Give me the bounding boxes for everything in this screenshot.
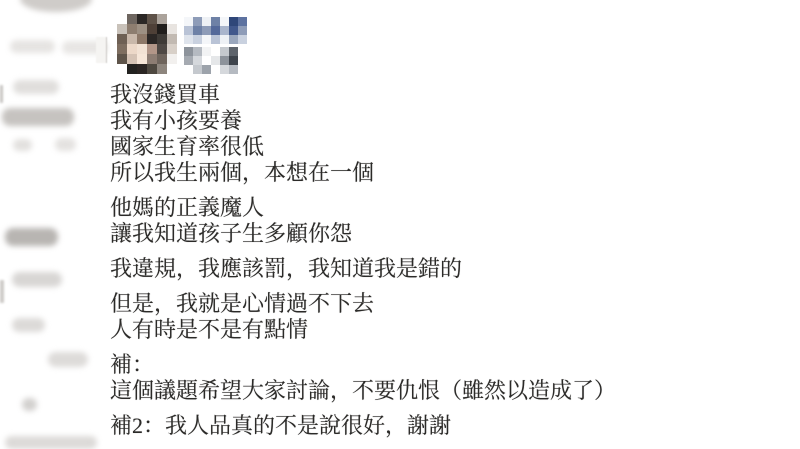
censor-pixel xyxy=(229,17,238,26)
post-text-line: 人有時是不是有點情 xyxy=(110,317,750,343)
censor-pixel xyxy=(127,34,137,44)
post-paragraph: 我違規，我應該罰，我知道我是錯的 xyxy=(110,256,750,282)
censor-pixel xyxy=(238,26,247,35)
censor-pixel xyxy=(229,35,238,44)
page-edge-artifact xyxy=(96,37,107,63)
post-paragraph: 補2：我人品真的不是說很好，謝謝 xyxy=(110,413,750,439)
blurred-artifact xyxy=(48,352,88,367)
post-text-line: 補2：我人品真的不是說很好，謝謝 xyxy=(110,413,750,439)
censor-pixel xyxy=(157,64,167,74)
censor-pixel xyxy=(117,54,127,64)
censor-pixel xyxy=(117,44,127,54)
censored-timestamp xyxy=(184,47,238,74)
censor-pixel xyxy=(147,54,157,64)
censor-pixel xyxy=(167,24,177,34)
blurred-artifact xyxy=(5,228,58,246)
censor-pixel xyxy=(127,24,137,34)
censor-pixel xyxy=(229,65,238,74)
censor-pixel xyxy=(184,35,193,44)
blurred-artifact xyxy=(13,139,32,151)
blurred-artifact xyxy=(13,80,59,94)
censor-pixel xyxy=(167,44,177,54)
blurred-artifact xyxy=(10,40,55,53)
censor-pixel xyxy=(211,65,220,74)
censor-pixel xyxy=(137,54,147,64)
censor-pixel xyxy=(147,44,157,54)
post-paragraph: 他媽的正義魔人讓我知道孩子生多顧你怨 xyxy=(110,195,750,247)
censor-pixel xyxy=(184,17,193,26)
censored-username[interactable] xyxy=(184,17,247,44)
blurred-artifact xyxy=(22,398,37,411)
blurred-artifact xyxy=(2,108,74,126)
blurred-artifact xyxy=(0,85,3,103)
post-paragraph: 但是，我就是心情過不下去人有時是不是有點情 xyxy=(110,291,750,343)
post-text-line: 國家生育率很低 xyxy=(110,134,750,160)
censor-pixel xyxy=(117,24,127,34)
post-text: 我沒錢買車我有小孩要養國家生育率很低所以我生兩個，本想在一個他媽的正義魔人讓我知… xyxy=(110,82,750,448)
censor-pixel xyxy=(220,56,229,65)
censor-pixel xyxy=(193,56,202,65)
censor-pixel xyxy=(211,26,220,35)
censor-pixel xyxy=(220,47,229,56)
censor-pixel xyxy=(193,35,202,44)
censor-pixel xyxy=(184,47,193,56)
censor-pixel xyxy=(229,47,238,56)
censor-pixel xyxy=(184,56,193,65)
censor-pixel xyxy=(137,44,147,54)
censor-pixel xyxy=(147,64,157,74)
censor-pixel xyxy=(117,34,127,44)
censor-pixel xyxy=(202,35,211,44)
censor-pixel xyxy=(184,26,193,35)
censor-pixel xyxy=(202,56,211,65)
post-text-line: 我有小孩要養 xyxy=(110,108,750,134)
censor-pixel xyxy=(193,17,202,26)
post-text-line: 所以我生兩個，本想在一個 xyxy=(110,160,750,186)
blurred-artifact xyxy=(12,272,62,287)
blurred-artifact xyxy=(12,318,45,332)
censor-pixel xyxy=(211,17,220,26)
censor-pixel xyxy=(202,17,211,26)
censor-pixel xyxy=(202,65,211,74)
censor-pixel xyxy=(193,47,202,56)
censor-pixel xyxy=(211,47,220,56)
blurred-artifact xyxy=(5,436,97,449)
censor-pixel xyxy=(137,64,147,74)
post-text-line: 我沒錢買車 xyxy=(110,82,750,108)
censor-pixel xyxy=(137,34,147,44)
censor-pixel xyxy=(117,64,127,74)
blurred-artifact xyxy=(55,138,76,151)
censor-pixel xyxy=(147,14,157,24)
censor-pixel xyxy=(127,64,137,74)
post-text-line: 讓我知道孩子生多顧你怨 xyxy=(110,221,750,247)
censor-pixel xyxy=(137,24,147,34)
facebook-post-screenshot: 我沒錢買車我有小孩要養國家生育率很低所以我生兩個，本想在一個他媽的正義魔人讓我知… xyxy=(0,0,800,449)
censor-pixel xyxy=(202,47,211,56)
censor-pixel xyxy=(137,14,147,24)
blurred-artifact xyxy=(0,280,4,303)
censor-pixel xyxy=(157,44,167,54)
censor-pixel xyxy=(127,54,137,64)
censor-pixel xyxy=(147,24,157,34)
censor-pixel xyxy=(193,65,202,74)
censor-pixel xyxy=(220,35,229,44)
censor-pixel xyxy=(167,14,177,24)
censor-pixel xyxy=(167,54,177,64)
post-paragraph: 補：這個議題希望大家討論，不要仇恨（雖然以造成了） xyxy=(110,352,750,404)
post-text-line: 但是，我就是心情過不下去 xyxy=(110,291,750,317)
censor-pixel xyxy=(229,56,238,65)
censor-pixel xyxy=(127,14,137,24)
censor-pixel xyxy=(157,34,167,44)
blurred-artifact xyxy=(20,0,92,12)
post-text-line: 補： xyxy=(110,352,750,378)
censor-pixel xyxy=(220,26,229,35)
censor-pixel xyxy=(167,34,177,44)
censor-pixel xyxy=(157,14,167,24)
censor-pixel xyxy=(167,64,177,74)
censor-pixel xyxy=(157,24,167,34)
censor-pixel xyxy=(202,26,211,35)
avatar[interactable] xyxy=(117,14,177,74)
censor-pixel xyxy=(220,65,229,74)
censor-pixel xyxy=(184,65,193,74)
censor-pixel xyxy=(211,56,220,65)
censor-pixel xyxy=(147,34,157,44)
post-text-line: 他媽的正義魔人 xyxy=(110,195,750,221)
censor-pixel xyxy=(193,26,202,35)
censor-pixel xyxy=(220,17,229,26)
post-paragraph: 我沒錢買車我有小孩要養國家生育率很低所以我生兩個，本想在一個 xyxy=(110,82,750,186)
post-text-line: 這個議題希望大家討論，不要仇恨（雖然以造成了） xyxy=(110,378,750,404)
post-text-line: 我違規，我應該罰，我知道我是錯的 xyxy=(110,256,750,282)
censor-pixel xyxy=(238,35,247,44)
censor-pixel xyxy=(229,26,238,35)
censor-pixel xyxy=(117,14,127,24)
censor-pixel xyxy=(157,54,167,64)
censor-pixel xyxy=(211,35,220,44)
censor-pixel xyxy=(127,44,137,54)
censor-pixel xyxy=(238,17,247,26)
